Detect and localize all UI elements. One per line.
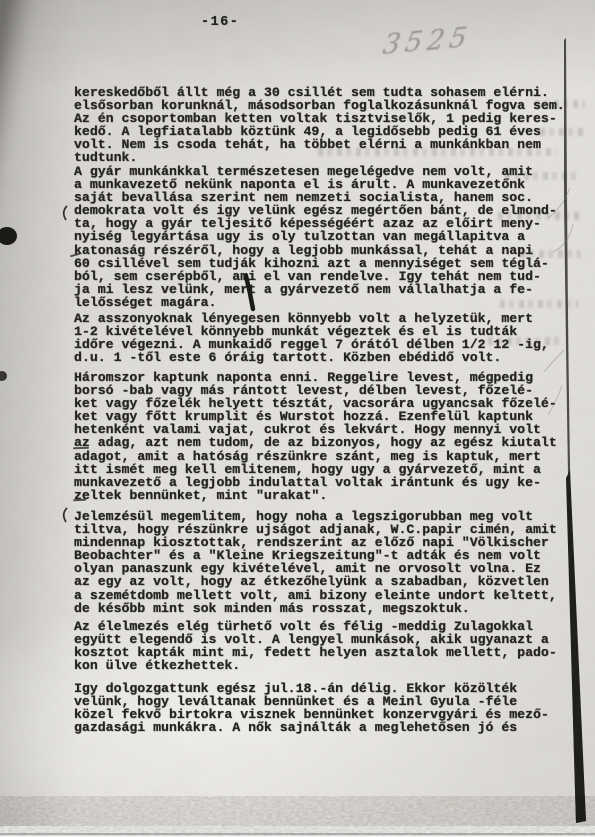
paragraph-7: Igy dolgozgattunk egész jul.18.-án délig… (74, 682, 549, 734)
scan-shadow-topleft (0, 0, 44, 404)
ink-blob (0, 371, 7, 381)
handwritten-paren-mark (64, 206, 67, 220)
handwritten-paren-mark (64, 508, 67, 522)
ink-blob (0, 227, 17, 245)
bottom-grain-band (0, 806, 595, 826)
scanned-document-page: -16- 3525 kereskedőből állt még a 30 csi… (0, 0, 595, 837)
paragraph-3: Az asszonyoknak lényegesen könnyebb volt… (74, 312, 549, 364)
page-number: -16- (201, 15, 239, 30)
paragraph-6: Az élelmezés elég türhető volt és félig … (74, 620, 557, 672)
scan-bottom-line (0, 833, 595, 835)
binding-shadow-streak-dark (566, 470, 586, 823)
handwritten-number: 3525 (381, 22, 474, 61)
paragraph-5: Jelemzésül megemlitem, hogy noha a legsz… (74, 510, 557, 615)
scan-bottom-white-strip (0, 826, 595, 837)
paragraph-4: Háromszor kaptunk naponta enni. Reggelir… (74, 371, 557, 502)
paragraph-1: kereskedőből állt még a 30 csillét sem t… (74, 86, 565, 165)
paragraph-2: A gyár munkánkkal természetesen megelége… (74, 165, 557, 309)
binding-shadow-streak (564, 38, 586, 823)
